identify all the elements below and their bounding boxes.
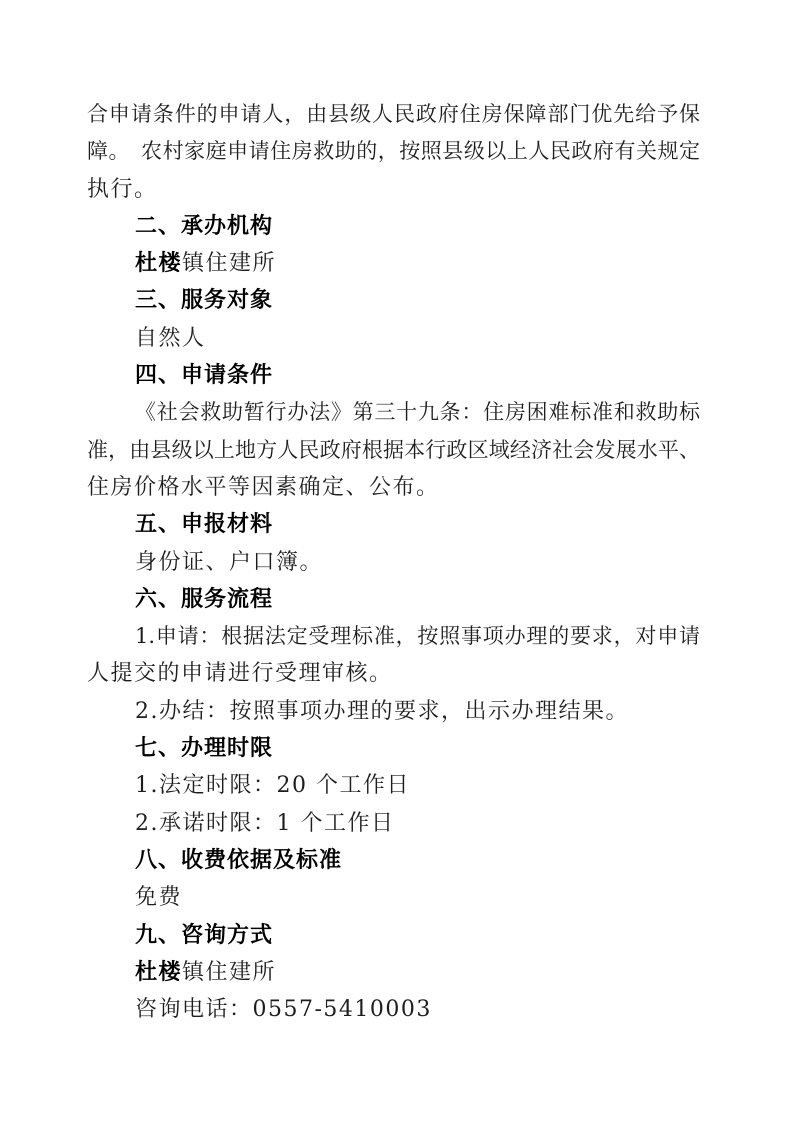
document-body-line: 住房价格水平等因素确定、公布。 xyxy=(87,469,700,506)
document-heading-line: 五、申报材料 xyxy=(87,506,700,543)
document-body-line: 障。 农村家庭申请住房救助的，按照县级以上人民政府有关规定 xyxy=(87,133,700,170)
text-run-heiti: 二、承办机构 xyxy=(135,214,273,239)
document-heading-line: 四、申请条件 xyxy=(87,357,700,394)
document-page: 合申请条件的申请人，由县级人民政府住房保障部门优先给予保障。 农村家庭申请住房救… xyxy=(0,0,793,1122)
text-run-kaiti: 免费 xyxy=(135,885,182,910)
document-body-line: 2.办结：按照事项办理的要求，出示办理结果。 xyxy=(87,693,700,730)
document-body-line: 免费 xyxy=(87,879,700,916)
text-run-kaiti: 住房价格水平等因素确定、公布。 xyxy=(87,475,440,500)
text-run-kaiti: 障。 农村家庭申请住房救助的，按照县级以上人民政府有关规定 xyxy=(87,139,700,163)
text-run-heiti: 四、申请条件 xyxy=(135,363,273,388)
document-heading-line: 六、服务流程 xyxy=(87,581,700,618)
document-heading-line: 九、咨询方式 xyxy=(87,917,700,954)
text-run-heiti: 八、收费依据及标准 xyxy=(135,848,342,873)
text-run-heiti: 杜楼 xyxy=(135,960,182,985)
document-heading-line: 三、服务对象 xyxy=(87,282,700,319)
text-run-kaiti: 执行。 xyxy=(87,177,158,202)
text-run-heiti: 五、申报材料 xyxy=(135,512,273,537)
text-run-kaiti: 自然人 xyxy=(135,326,206,351)
text-run-kaiti: 《社会救助暂行办法》第三十九条：住房困难标准和救助标 xyxy=(135,400,700,424)
document-body-line: 人提交的申请进行受理审核。 xyxy=(87,655,700,692)
document-body-line: 1.法定时限：20 个工作日 xyxy=(87,767,700,804)
text-run-kaiti: 准，由县级以上地方人民政府根据本行政区域经济社会发展水平、 xyxy=(87,438,700,462)
document-body-line: 《社会救助暂行办法》第三十九条：住房困难标准和救助标 xyxy=(87,394,700,431)
document-body-line: 身份证、户口簿。 xyxy=(87,544,700,581)
text-run-heiti: 九、咨询方式 xyxy=(135,923,273,948)
text-run-kaiti: 2.办结：按照事项办理的要求，出示办理结果。 xyxy=(135,699,629,724)
document-heading-line: 八、收费依据及标准 xyxy=(87,842,700,879)
document-body-line: 咨询电话：0557-5410003 xyxy=(87,991,700,1028)
text-run-kaiti: 合申请条件的申请人，由县级人民政府住房保障部门优先给予保 xyxy=(87,102,700,126)
document-body-line: 杜楼镇住建所 xyxy=(87,954,700,991)
text-run-kaiti: 镇住建所 xyxy=(182,251,276,276)
document-body-line: 杜楼镇住建所 xyxy=(87,245,700,282)
text-run-kaiti: 1.法定时限：20 个工作日 xyxy=(135,773,410,798)
text-run-kaiti: 1.申请：根据法定受理标准，按照事项办理的要求，对申请 xyxy=(135,624,700,648)
document-content: 合申请条件的申请人，由县级人民政府住房保障部门优先给予保障。 农村家庭申请住房救… xyxy=(87,96,700,1028)
text-run-heiti: 杜楼 xyxy=(135,251,182,276)
text-run-kaiti: 人提交的申请进行受理审核。 xyxy=(87,661,393,686)
document-body-line: 准，由县级以上地方人民政府根据本行政区域经济社会发展水平、 xyxy=(87,432,700,469)
document-body-line: 1.申请：根据法定受理标准，按照事项办理的要求，对申请 xyxy=(87,618,700,655)
document-body-line: 2.承诺时限：1 个工作日 xyxy=(87,805,700,842)
document-heading-line: 二、承办机构 xyxy=(87,208,700,245)
document-body-line: 自然人 xyxy=(87,320,700,357)
text-run-heiti: 六、服务流程 xyxy=(135,587,273,612)
text-run-heiti: 七、办理时限 xyxy=(135,736,273,761)
document-heading-line: 七、办理时限 xyxy=(87,730,700,767)
text-run-kaiti: 2.承诺时限：1 个工作日 xyxy=(135,811,394,836)
document-body-line: 执行。 xyxy=(87,171,700,208)
text-run-kaiti: 镇住建所 xyxy=(182,960,276,985)
document-body-line: 合申请条件的申请人，由县级人民政府住房保障部门优先给予保 xyxy=(87,96,700,133)
text-run-heiti: 三、服务对象 xyxy=(135,288,273,313)
text-run-kaiti: 咨询电话：0557-5410003 xyxy=(135,997,432,1022)
text-run-kaiti: 身份证、户口簿。 xyxy=(135,550,323,575)
